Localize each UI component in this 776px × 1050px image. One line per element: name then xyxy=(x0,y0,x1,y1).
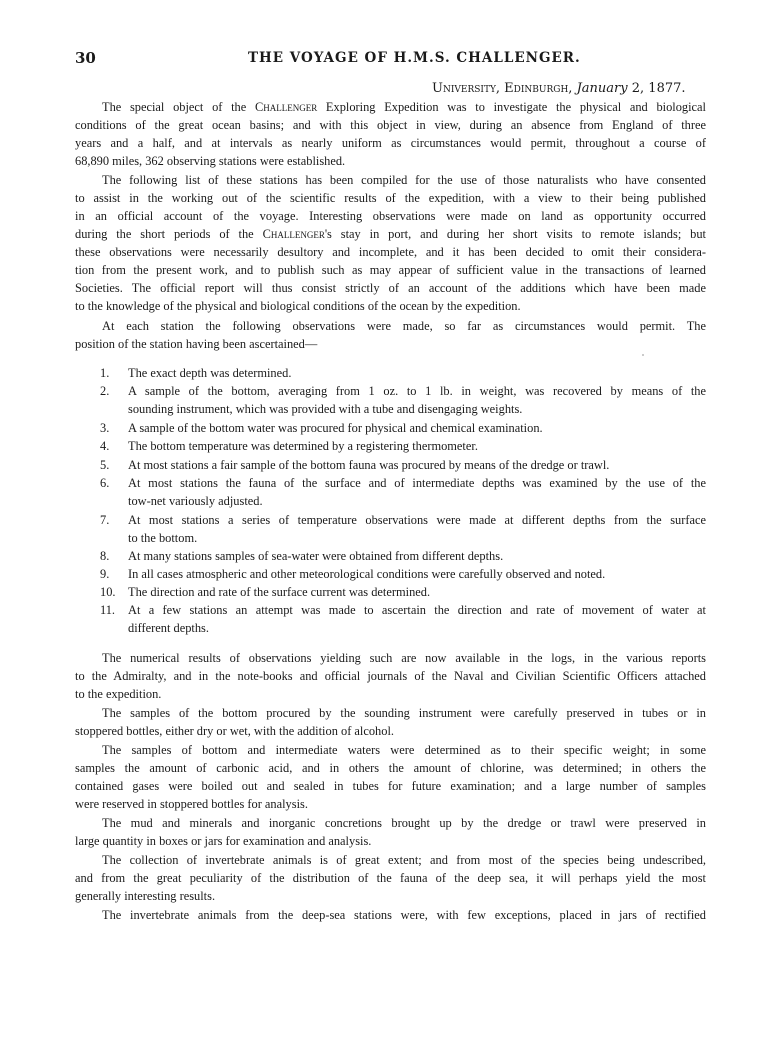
list-item-number: 9. xyxy=(100,566,122,582)
text-line: The mud and minerals and inorganic concr… xyxy=(102,815,706,831)
text-line: samples the amount of carbonic acid, and… xyxy=(75,760,706,776)
text-line: large quantity in boxes or jars for exam… xyxy=(75,833,706,849)
list-item-text: A sample of the bottom, averaging from 1… xyxy=(128,384,706,398)
list-item-number: 8. xyxy=(100,548,122,564)
list-item: 10.The direction and rate of the surface… xyxy=(100,584,706,600)
list-item-text: sounding instrument, which was provided … xyxy=(128,402,522,416)
text-line: The following list of these stations has… xyxy=(102,172,706,188)
dateline-day-year: 2, 1877. xyxy=(628,81,686,96)
text-line: to the Admiralty, and in the note-books … xyxy=(75,668,706,684)
list-item-number: 5. xyxy=(100,457,122,473)
list-item-text: The bottom temperature was determined by… xyxy=(128,439,478,453)
text-line: The samples of bottom and intermediate w… xyxy=(102,742,706,758)
page-number: 30 xyxy=(75,49,96,67)
list-item: 3.A sample of the bottom water was procu… xyxy=(100,420,706,436)
text-line: position of the station having been asce… xyxy=(75,336,706,352)
text-line: The invertebrate animals from the deep-s… xyxy=(102,907,706,923)
text-line: to the expedition. xyxy=(75,686,706,702)
text-line: to assist in the working out of the scie… xyxy=(75,190,706,206)
dateline: University, Edinburgh, January 2, 1877. xyxy=(432,81,686,96)
list-item-text: At most stations a series of temperature… xyxy=(128,513,706,527)
list-item: 5.At most stations a fair sample of the … xyxy=(100,457,706,473)
text-line: tion from the present work, and to publi… xyxy=(75,262,706,278)
text-line: The collection of invertebrate animals i… xyxy=(102,852,706,868)
list-item-text: At a few stations an attempt was made to… xyxy=(128,603,706,617)
dateline-month: January xyxy=(577,81,628,96)
ship-name: Challenger xyxy=(263,227,325,241)
text-line: contained gases were boiled out and seal… xyxy=(75,778,706,794)
text-line: to the knowledge of the physical and bio… xyxy=(75,298,706,314)
list-item-text: At many stations samples of sea-water we… xyxy=(128,549,503,563)
list-item: 11.At a few stations an attempt was made… xyxy=(100,602,706,618)
list-item: tow-net variously adjusted. xyxy=(128,493,706,509)
list-item-number: 7. xyxy=(100,512,122,528)
list-item-text: different depths. xyxy=(128,621,209,635)
text-line: 68,890 miles, 362 observing stations wer… xyxy=(75,153,706,169)
list-item: 8.At many stations samples of sea-water … xyxy=(100,548,706,564)
scan-speck xyxy=(642,354,644,356)
text-line: At each station the following observatio… xyxy=(102,318,706,334)
list-item-text: The exact depth was determined. xyxy=(128,366,291,380)
list-item-text: At most stations the fauna of the surfac… xyxy=(128,476,706,490)
list-item-text: At most stations a fair sample of the bo… xyxy=(128,458,609,472)
list-item: 7.At most stations a series of temperatu… xyxy=(100,512,706,528)
list-item: different depths. xyxy=(128,620,706,636)
text-line: stoppered bottles, either dry or wet, wi… xyxy=(75,723,706,739)
text-line: these observations were necessarily desu… xyxy=(75,244,706,260)
list-item-text: In all cases atmospheric and other meteo… xyxy=(128,567,605,581)
list-item-number: 10. xyxy=(100,584,122,600)
text-line: The samples of the bottom procured by th… xyxy=(102,705,706,721)
list-item-number: 1. xyxy=(100,365,122,381)
dateline-place: University, Edinburgh, xyxy=(432,81,572,96)
text-line: The special object of the Challenger Exp… xyxy=(102,99,706,115)
list-item-text: tow-net variously adjusted. xyxy=(128,494,263,508)
list-item-number: 3. xyxy=(100,420,122,436)
list-item: 4.The bottom temperature was determined … xyxy=(100,438,706,454)
text-line: generally interesting results. xyxy=(75,888,706,904)
list-item-text: to the bottom. xyxy=(128,531,197,545)
text-line: conditions of the great ocean basins; an… xyxy=(75,117,706,133)
list-item-text: The direction and rate of the surface cu… xyxy=(128,585,430,599)
list-item: to the bottom. xyxy=(128,530,706,546)
ship-name: Challenger xyxy=(255,100,317,114)
text-line: were reserved in stoppered bottles for a… xyxy=(75,796,706,812)
list-item: sounding instrument, which was provided … xyxy=(128,401,706,417)
list-item: 9.In all cases atmospheric and other met… xyxy=(100,566,706,582)
text-line: The numerical results of observations yi… xyxy=(102,650,706,666)
list-item-number: 4. xyxy=(100,438,122,454)
list-item-number: 11. xyxy=(100,602,122,618)
list-item: 2.A sample of the bottom, averaging from… xyxy=(100,383,706,399)
list-item: 6.At most stations the fauna of the surf… xyxy=(100,475,706,491)
text-line: in an official account of the voyage. In… xyxy=(75,208,706,224)
list-item-number: 2. xyxy=(100,383,122,399)
list-item-number: 6. xyxy=(100,475,122,491)
text-line: and from the great peculiarity of the di… xyxy=(75,870,706,886)
running-title: THE VOYAGE OF H.M.S. CHALLENGER. xyxy=(248,50,581,66)
list-item-text: A sample of the bottom water was procure… xyxy=(128,421,543,435)
text-line: during the short periods of the Challeng… xyxy=(75,226,706,242)
list-item: 1.The exact depth was determined. xyxy=(100,365,706,381)
text-line: years and a half, and at intervals as ne… xyxy=(75,135,706,151)
text-line: Societies. The official report will thus… xyxy=(75,280,706,296)
